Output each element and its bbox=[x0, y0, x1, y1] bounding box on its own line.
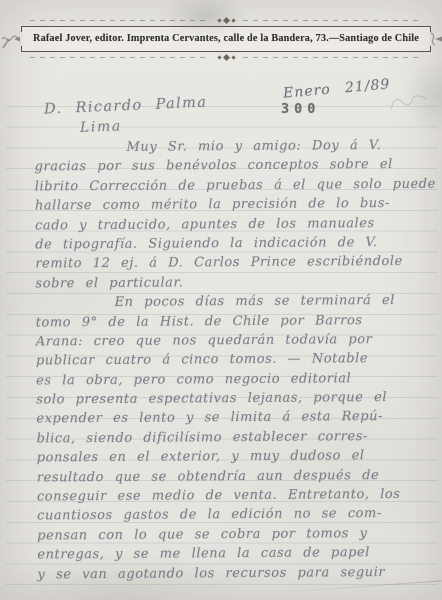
letterhead-top-ornament-rule bbox=[22, 17, 430, 24]
letterhead-text: Rafael Jover, editor. Imprenta Cervantes… bbox=[30, 33, 422, 44]
date-line: Enero 21/89 bbox=[283, 76, 391, 101]
city-line: Lima bbox=[80, 118, 122, 135]
diamond-cluster-icon bbox=[218, 18, 235, 23]
recipient-line: D. Ricardo Palma bbox=[44, 94, 208, 117]
corner-bracket-icon bbox=[21, 46, 25, 52]
handwritten-line: hallarse como mérito la precisión de lo … bbox=[35, 194, 433, 216]
handwritten-line: cuantiosos gastos de la edición no se co… bbox=[37, 504, 435, 526]
dash-rule bbox=[30, 20, 210, 21]
letterhead-bottom-ornament-rule bbox=[22, 54, 430, 61]
handwritten-line: y se van agotando los recursos para segu… bbox=[37, 562, 435, 584]
dash-rule bbox=[30, 57, 210, 58]
handwritten-line: remito 12 ej. á D. Carlos Prince escribi… bbox=[35, 252, 433, 274]
flourish-right-icon bbox=[430, 31, 442, 47]
dash-rule bbox=[243, 20, 423, 21]
handwritten-line: expender es lento y se limita á esta Rep… bbox=[36, 407, 434, 429]
handwritten-line: gracias por sus benévolos conceptos sobr… bbox=[35, 155, 433, 177]
dash-rule bbox=[243, 57, 423, 58]
letterhead-box: Rafael Jover, editor. Imprenta Cervantes… bbox=[22, 26, 430, 52]
diamond-cluster-icon bbox=[218, 55, 235, 60]
pencil-mark-icon bbox=[384, 84, 432, 117]
corner-bracket-icon bbox=[21, 26, 25, 32]
letterhead: Rafael Jover, editor. Imprenta Cervantes… bbox=[22, 17, 430, 61]
letter-page: Rafael Jover, editor. Imprenta Cervantes… bbox=[0, 0, 442, 600]
page-number-stamp: 300 bbox=[281, 101, 320, 117]
handwritten-line: En pocos días más se terminará el bbox=[36, 291, 434, 313]
letter-body: Muy Sr. mio y amigo: Doy á V. gracias po… bbox=[34, 136, 435, 585]
